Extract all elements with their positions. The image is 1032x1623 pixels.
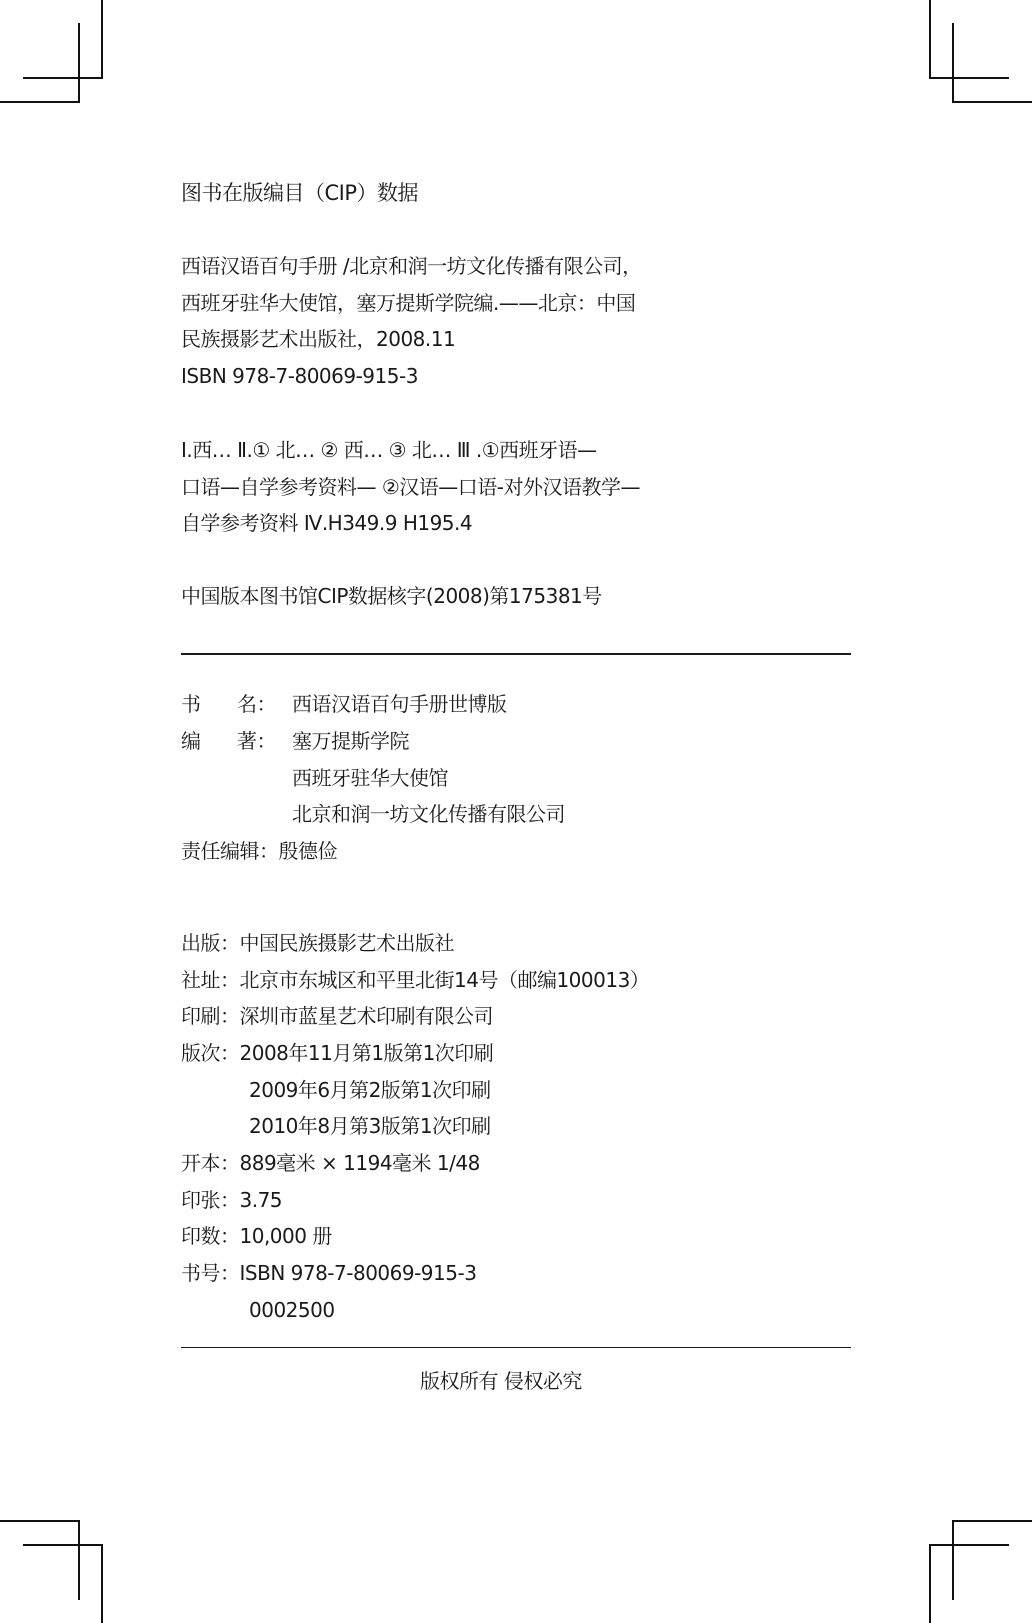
copies-value: 10,000 册 xyxy=(240,1224,332,1248)
crop-mark-bottom-right xyxy=(952,1520,954,1600)
author-value: 塞万提斯学院 xyxy=(292,729,409,753)
crop-mark-bottom-left xyxy=(23,1544,103,1546)
crop-mark-top-right xyxy=(929,77,1009,79)
crop-mark-top-left xyxy=(78,23,80,103)
author-value: 北京和润一坊文化传播有限公司 xyxy=(292,802,565,826)
printer-label: 印刷： xyxy=(181,1004,240,1028)
editor-label: 责任编辑： xyxy=(181,839,279,863)
editions-row: 版次：2008年11月第1版第1次印刷 xyxy=(181,1041,493,1065)
format-label: 开本： xyxy=(181,1151,240,1175)
cip-heading: 图书在版编目（CIP）数据 xyxy=(181,181,418,205)
printer-row: 印刷：深圳市蓝星艺术印刷有限公司 xyxy=(181,1004,493,1028)
cip-record-line: 西语汉语百句手册 /北京和润一坊文化传播有限公司， xyxy=(181,254,642,278)
book-name-value: 西语汉语百句手册世博版 xyxy=(292,692,507,716)
publisher-label: 出版： xyxy=(181,931,240,955)
authors-label: 编 xyxy=(181,729,237,753)
authors-row: 编著： xyxy=(181,729,289,753)
cip-approval-number: 中国版本图书馆CIP数据核字(2008)第175381号 xyxy=(181,584,602,608)
crop-mark-top-right xyxy=(952,23,954,103)
crop-mark-top-left xyxy=(101,0,103,79)
publisher-value: 中国民族摄影艺术出版社 xyxy=(240,931,455,955)
book-name-label: 书 xyxy=(181,692,237,716)
address-row: 社址：北京市东城区和平里北街14号（邮编100013） xyxy=(181,968,649,992)
address-label: 社址： xyxy=(181,968,240,992)
crop-mark-bottom-right xyxy=(929,1544,931,1623)
edition-value: 2010年8月第3版第1次印刷 xyxy=(249,1114,491,1138)
divider-top xyxy=(181,653,851,655)
format-row: 开本：889毫米 × 1194毫米 1/48 xyxy=(181,1151,480,1175)
crop-mark-bottom-left xyxy=(101,1544,103,1623)
book-name-label: 名： xyxy=(237,692,276,716)
cip-classification-line: 口语—自学参考资料— ②汉语—口语-对外汉语教学— xyxy=(181,475,640,499)
crop-mark-top-right xyxy=(952,101,1032,103)
author-value: 西班牙驻华大使馆 xyxy=(292,766,448,790)
authors-label: 著： xyxy=(237,729,276,753)
crop-mark-bottom-right xyxy=(929,1544,1009,1546)
crop-mark-bottom-right xyxy=(952,1520,1032,1522)
editor-value: 殷德俭 xyxy=(279,839,338,863)
editions-label: 版次： xyxy=(181,1041,240,1065)
crop-mark-top-left xyxy=(23,77,103,79)
cip-classification-line: 自学参考资料 Ⅳ.H349.9 H195.4 xyxy=(181,511,472,535)
sheets-value: 3.75 xyxy=(240,1188,283,1212)
edition-value: 2008年11月第1版第1次印刷 xyxy=(240,1041,494,1065)
copyright-notice: 版权所有 侵权必究 xyxy=(420,1369,582,1393)
isbn-code: 0002500 xyxy=(249,1298,335,1322)
cip-classification-line: Ⅰ.西… Ⅱ.① 北… ② 西… ③ 北… Ⅲ .①西班牙语— xyxy=(181,438,597,462)
printer-value: 深圳市蓝星艺术印刷有限公司 xyxy=(240,1004,494,1028)
copies-row: 印数：10,000 册 xyxy=(181,1224,332,1248)
divider-bottom xyxy=(181,1347,851,1348)
copies-label: 印数： xyxy=(181,1224,240,1248)
edition-value: 2009年6月第2版第1次印刷 xyxy=(249,1078,491,1102)
crop-mark-bottom-left xyxy=(0,1520,80,1522)
isbn-value: ISBN 978-7-80069-915-3 xyxy=(240,1261,477,1285)
cip-record-line: 西班牙驻华大使馆，塞万提斯学院编.——北京：中国 xyxy=(181,291,635,315)
cip-record-line: 民族摄影艺术出版社，2008.11 xyxy=(181,327,455,351)
crop-mark-top-left xyxy=(0,101,80,103)
isbn-label: 书号： xyxy=(181,1261,240,1285)
sheets-label: 印张： xyxy=(181,1188,240,1212)
sheets-row: 印张：3.75 xyxy=(181,1188,282,1212)
publisher-row: 出版：中国民族摄影艺术出版社 xyxy=(181,931,454,955)
format-value: 889毫米 × 1194毫米 1/48 xyxy=(240,1151,480,1175)
address-value: 北京市东城区和平里北街14号（邮编100013） xyxy=(240,968,650,992)
editor-row: 责任编辑：殷德俭 xyxy=(181,839,337,863)
crop-mark-top-right xyxy=(929,0,931,79)
book-name-row: 书名： xyxy=(181,692,289,716)
crop-mark-bottom-left xyxy=(78,1520,80,1600)
cip-record-line: ISBN 978-7-80069-915-3 xyxy=(181,364,418,388)
isbn-row: 书号：ISBN 978-7-80069-915-3 xyxy=(181,1261,476,1285)
